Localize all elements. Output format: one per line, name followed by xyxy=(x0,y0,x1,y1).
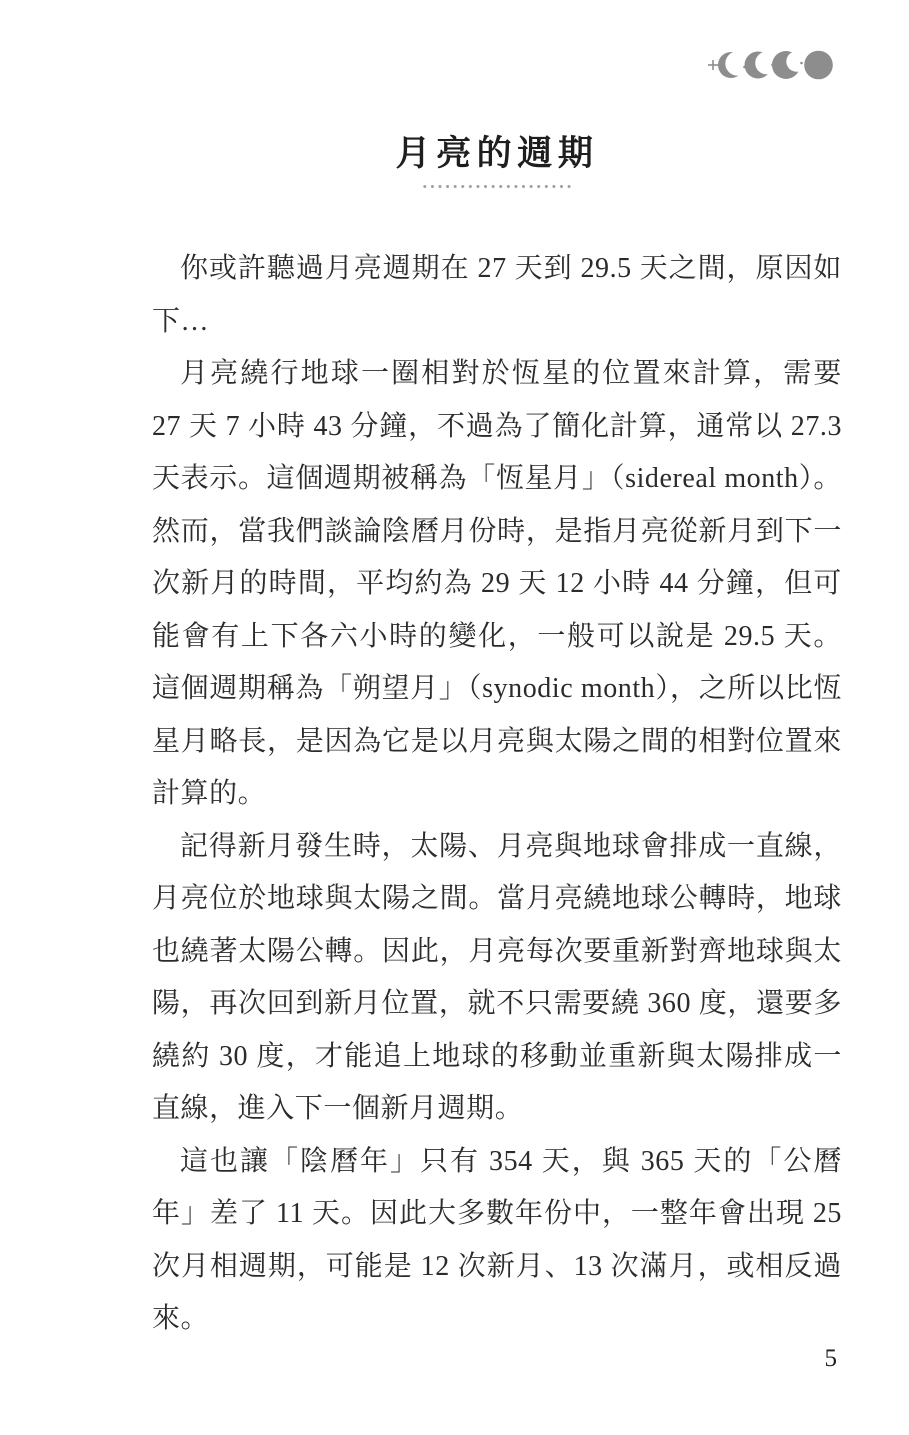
page-number: 5 xyxy=(825,1345,838,1373)
paragraph: 記得新月發生時，太陽、月亮與地球會排成一直線，月亮位於地球與太陽之間。當月亮繞地… xyxy=(152,821,842,1136)
paragraph: 月亮繞行地球一圈相對於恆星的位置來計算，需要 27 天 7 小時 43 分鐘，不… xyxy=(152,348,842,821)
paragraph: 你或許聽過月亮週期在 27 天到 29.5 天之間，原因如下… xyxy=(152,243,842,348)
gibbous-moon-icon xyxy=(772,51,807,79)
star-dot-icon xyxy=(800,62,803,65)
page-title: 月亮的週期 xyxy=(152,133,842,175)
body-text: 你或許聽過月亮週期在 27 天到 29.5 天之間，原因如下… 月亮繞行地球一圈… xyxy=(152,243,842,1346)
paragraph: 這也讓「陰曆年」只有 354 天，與 365 天的「公曆年」差了 11 天。因此… xyxy=(152,1136,842,1346)
full-moon-icon xyxy=(804,51,833,80)
sparkle-icon xyxy=(708,60,718,70)
book-page: 月亮的週期 你或許聽過月亮週期在 27 天到 29.5 天之間，原因如下… 月亮… xyxy=(0,0,909,1435)
title-dotted-underline xyxy=(421,184,573,189)
title-block: 月亮的週期 xyxy=(152,133,842,189)
moon-phase-decoration xyxy=(706,43,841,87)
